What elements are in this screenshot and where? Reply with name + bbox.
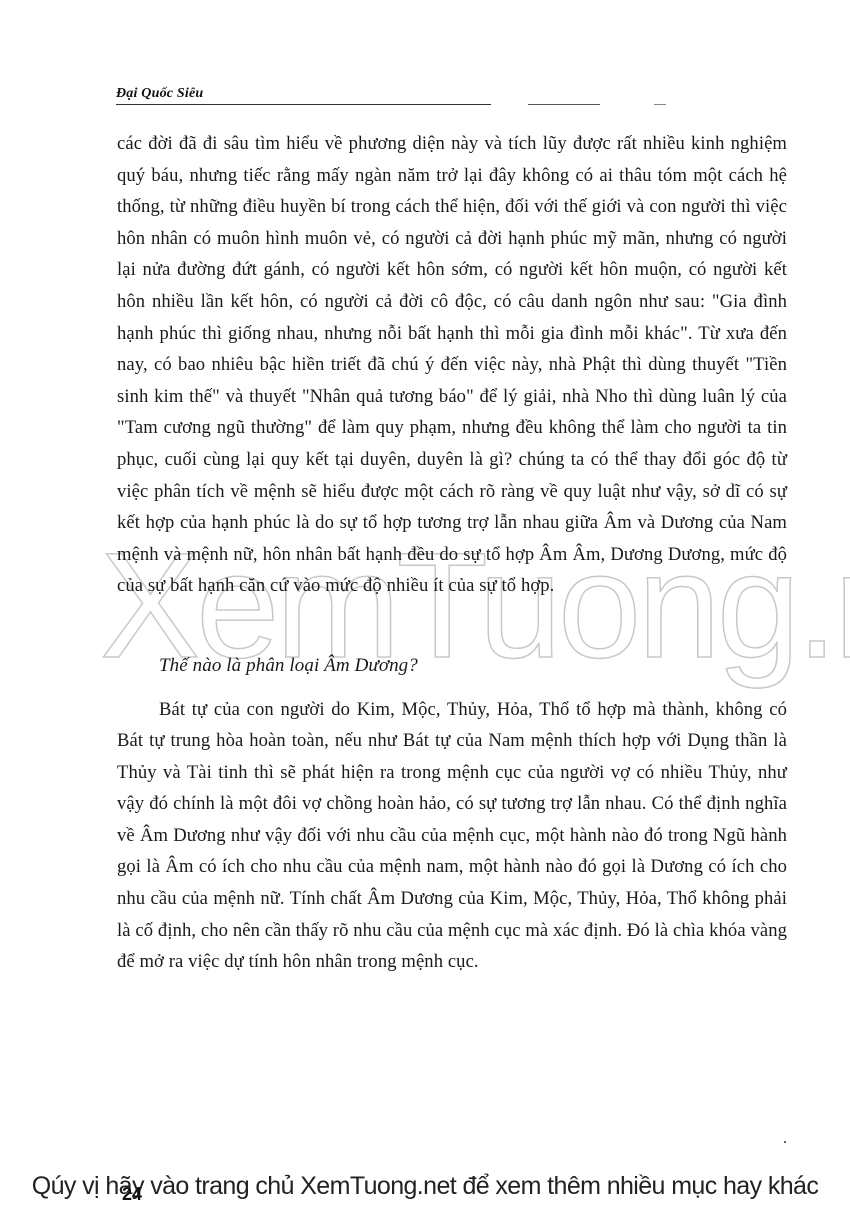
header-rule bbox=[528, 104, 600, 105]
header-rule bbox=[654, 104, 666, 105]
paragraph: Bát tự của con người do Kim, Mộc, Thủy, … bbox=[117, 694, 787, 978]
running-header: Đại Quốc Siêu bbox=[116, 86, 656, 106]
scan-artifact bbox=[784, 1141, 786, 1143]
page-number: 24 bbox=[122, 1184, 142, 1205]
header-rule bbox=[116, 104, 491, 105]
paragraph: các đời đã đi sâu tìm hiểu về phương diệ… bbox=[117, 128, 787, 602]
section-heading: Thế nào là phân loại Âm Dương? bbox=[117, 650, 787, 682]
page-body: các đời đã đi sâu tìm hiểu về phương diệ… bbox=[117, 128, 787, 978]
running-title: Đại Quốc Siêu bbox=[116, 86, 203, 102]
